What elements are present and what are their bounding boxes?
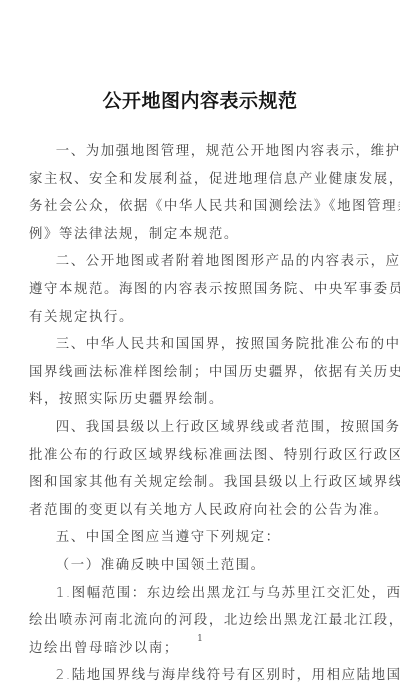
document-title: 公开地图内容表示规范 (0, 86, 400, 113)
text-line: 1.图幅范围：东边绘出黑龙江与乌苏里江交汇处，西边 (29, 580, 372, 608)
text-line: 二、公开地图或者附着地图图形产品的内容表示，应当 (29, 248, 372, 276)
text-line: 有关规定执行。 (29, 304, 372, 332)
text-line: 国界线画法标准样图绘制；中国历史疆界，依据有关历史资 (29, 359, 372, 387)
text-line: 图和国家其他有关规定绘制。我国县级以上行政区域界线或 (29, 469, 372, 497)
text-line: 一、为加强地图管理，规范公开地图内容表示，维护国 (29, 138, 372, 166)
text-line: 务社会公众，依据《中华人民共和国测绘法》《地图管理条 (29, 193, 372, 221)
text-line: 2.陆地国界线与海岸线符号有区别时，用相应陆地国界 (29, 662, 372, 686)
text-line: 批准公布的行政区域界线标准画法图、特别行政区行政区域 (29, 442, 372, 470)
text-line: 绘出喷赤河南北流向的河段，北边绘出黑龙江最北江段，南 (29, 607, 372, 635)
text-line: 例》等法律法规，制定本规范。 (29, 221, 372, 249)
text-line: 四、我国县级以上行政区域界线或者范围，按照国务院 (29, 414, 372, 442)
document-body: 一、为加强地图管理，规范公开地图内容表示，维护国家主权、安全和发展利益，促进地理… (29, 138, 372, 686)
text-line: 五、中国全图应当遵守下列规定： (29, 524, 372, 552)
text-line: 者范围的变更以有关地方人民政府向社会的公告为准。 (29, 497, 372, 525)
text-line: （一）准确反映中国领土范围。 (29, 552, 372, 580)
text-line: 家主权、安全和发展利益，促进地理信息产业健康发展，服 (29, 166, 372, 194)
text-line: 料，按照实际历史疆界绘制。 (29, 386, 372, 414)
page-number: 1 (0, 634, 400, 644)
text-line: 遵守本规范。海图的内容表示按照国务院、中央军事委员会 (29, 276, 372, 304)
text-line: 三、中华人民共和国国界，按照国务院批准公布的中国 (29, 331, 372, 359)
